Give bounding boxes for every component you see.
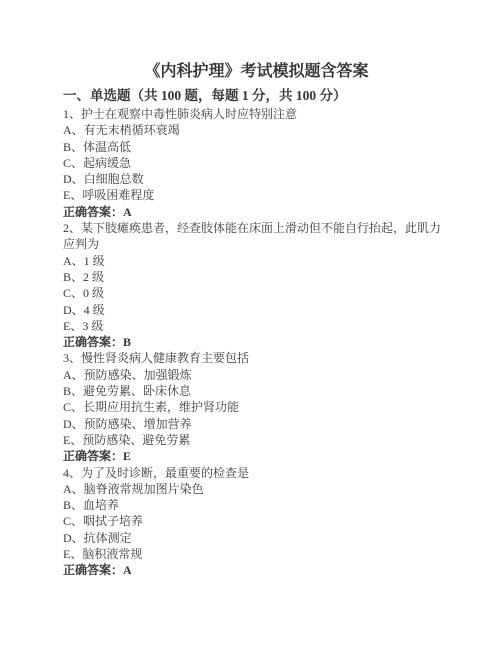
option-b: B、血培养 (63, 497, 450, 513)
option-a: A、脑脊液常规加图片染色 (63, 481, 450, 497)
answer-line: 正确答案：E (63, 448, 450, 464)
answer-value: B (123, 335, 131, 349)
question-stem: 4、为了及时诊断，最重要的检查是 (63, 465, 450, 481)
option-b: B、避免劳累、卧床休息 (63, 383, 450, 399)
answer-label: 正确答案： (63, 205, 123, 219)
option-c: C、长期应用抗生素，维护肾功能 (63, 399, 450, 415)
answer-value: A (123, 563, 132, 577)
option-d: D、抗体测定 (63, 530, 450, 546)
option-c: C、起病缓急 (63, 155, 450, 171)
option-d: D、白细胞总数 (63, 171, 450, 187)
question-stem: 1、护士在观察中毒性肺炎病人时应特别注意 (63, 106, 450, 122)
option-b: B、2 级 (63, 269, 450, 285)
option-d: D、预防感染、增加营养 (63, 416, 450, 432)
page-title: 《内科护理》考试模拟题含答案 (63, 62, 450, 81)
option-c: C、0 级 (63, 285, 450, 301)
option-a: A、1 级 (63, 253, 450, 269)
answer-label: 正确答案： (63, 449, 123, 463)
question-stem: 3、慢性肾炎病人健康教育主要包括 (63, 350, 450, 366)
question-2: 2、某下肢瘫痪患者，经查肢体能在床面上滑动但不能自行抬起，此肌力应判为 A、1 … (63, 220, 450, 350)
section-heading: 一、单选题（共 100 题，每题 1 分，共 100 分） (63, 87, 450, 105)
question-1: 1、护士在观察中毒性肺炎病人时应特别注意 A、有无末梢循环衰竭 B、体温高低 C… (63, 106, 450, 220)
answer-label: 正确答案： (63, 335, 123, 349)
answer-value: A (123, 205, 132, 219)
option-e: E、3 级 (63, 318, 450, 334)
exam-document-page: 《内科护理》考试模拟题含答案 一、单选题（共 100 题，每题 1 分，共 10… (0, 0, 500, 647)
answer-value: E (123, 449, 131, 463)
option-a: A、预防感染、加强锻炼 (63, 367, 450, 383)
question-4: 4、为了及时诊断，最重要的检查是 A、脑脊液常规加图片染色 B、血培养 C、咽拭… (63, 465, 450, 579)
option-b: B、体温高低 (63, 139, 450, 155)
question-3: 3、慢性肾炎病人健康教育主要包括 A、预防感染、加强锻炼 B、避免劳累、卧床休息… (63, 350, 450, 464)
option-d: D、4 级 (63, 302, 450, 318)
answer-line: 正确答案：B (63, 334, 450, 350)
option-e: E、脑积液常规 (63, 546, 450, 562)
answer-line: 正确答案：A (63, 204, 450, 220)
option-a: A、有无末梢循环衰竭 (63, 122, 450, 138)
question-stem: 2、某下肢瘫痪患者，经查肢体能在床面上滑动但不能自行抬起，此肌力应判为 (63, 220, 450, 253)
option-e: E、预防感染、避免劳累 (63, 432, 450, 448)
answer-label: 正确答案： (63, 563, 123, 577)
option-c: C、咽拭子培养 (63, 513, 450, 529)
answer-line: 正确答案：A (63, 562, 450, 578)
option-e: E、呼吸困难程度 (63, 187, 450, 203)
